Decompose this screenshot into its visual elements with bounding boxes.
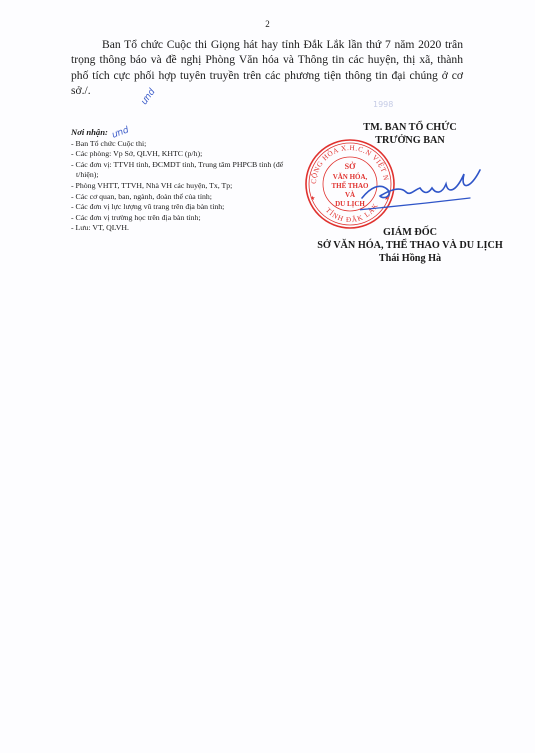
- signature-department: SỞ VĂN HÓA, THỂ THAO VÀ DU LỊCH: [300, 240, 520, 253]
- recipient-item: - Các đơn vị trường học trên địa bàn tỉn…: [71, 213, 311, 224]
- pencil-note: 1998: [373, 100, 393, 109]
- recipients-list: - Ban Tổ chức Cuộc thi; - Các phòng: Vp …: [71, 139, 311, 234]
- page-number: 2: [0, 19, 535, 29]
- recipients-title-row: Nơi nhận: ưnd: [71, 127, 311, 139]
- recipient-item: - Ban Tổ chức Cuộc thi;: [71, 139, 311, 150]
- recipient-item: - Các đơn vị: TTVH tỉnh, ĐCMDT tỉnh, Tru…: [71, 160, 291, 181]
- signatory-name: Thái Hồng Hà: [300, 253, 520, 266]
- recipients-title: Nơi nhận:: [71, 127, 108, 137]
- recipient-item: - Các cơ quan, ban, ngành, đoàn thể của …: [71, 192, 311, 203]
- recipient-item: - Lưu: VT, QLVH.: [71, 223, 311, 234]
- body-paragraph: Ban Tổ chức Cuộc thi Giọng hát hay tỉnh …: [71, 37, 463, 99]
- recipient-item: - Phòng VHTT, TTVH, Nhà VH các huyện, Tx…: [71, 181, 311, 192]
- signature-org-line: TM. BAN TỔ CHỨC: [300, 122, 520, 135]
- recipient-item: - Các phòng: Vp Sở, QLVH, KHTC (p/h);: [71, 149, 311, 160]
- stamp-line: SỞ: [345, 161, 356, 171]
- svg-text:★: ★: [310, 195, 315, 202]
- handwritten-signature-icon: [360, 160, 500, 220]
- recipients-block: Nơi nhận: ưnd - Ban Tổ chức Cuộc thi; - …: [71, 127, 311, 234]
- stamp-line: VÀ: [345, 191, 355, 199]
- recipient-item: - Các đơn vị lực lượng vũ trang trên địa…: [71, 202, 311, 213]
